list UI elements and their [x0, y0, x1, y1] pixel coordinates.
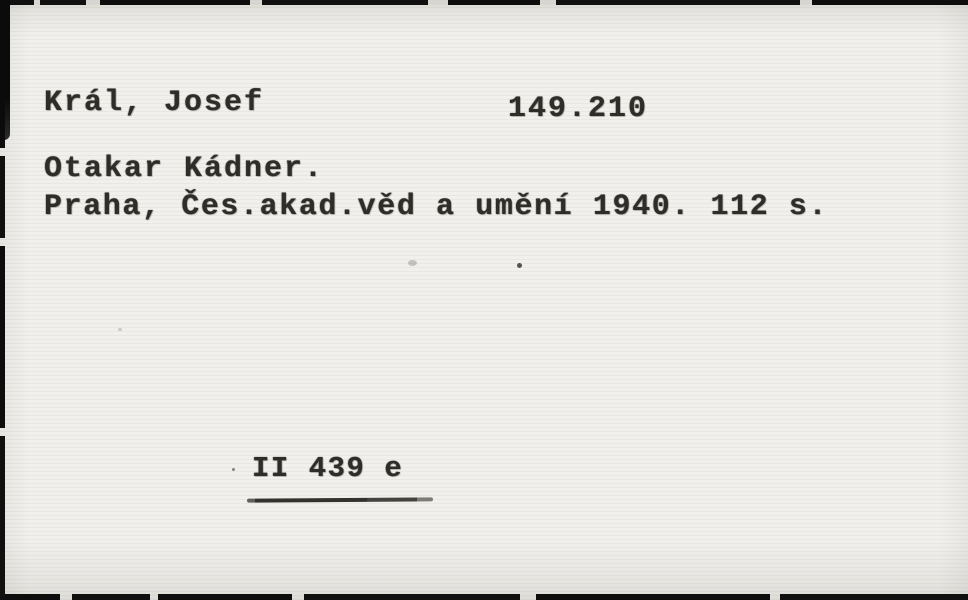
catalog-card-scan: Král, Josef 149.210 Otakar Kádner. Praha… [0, 0, 968, 600]
scan-edge-top [0, 0, 968, 5]
title-line: Otakar Kádner. [44, 152, 324, 186]
scan-edge-bottom [0, 594, 968, 600]
imprint-line: Praha, Čes.akad.věd a umění 1940. 112 s. [44, 190, 828, 224]
ink-speck [408, 260, 417, 266]
scan-edge-left-corner [0, 0, 10, 140]
shelf-mark: II 439 e [252, 452, 403, 485]
ink-speck [517, 263, 522, 268]
author-heading: Král, Josef [44, 86, 264, 120]
ink-speck [118, 328, 122, 331]
ink-speck [232, 468, 235, 471]
call-number: 149.210 [508, 92, 648, 126]
